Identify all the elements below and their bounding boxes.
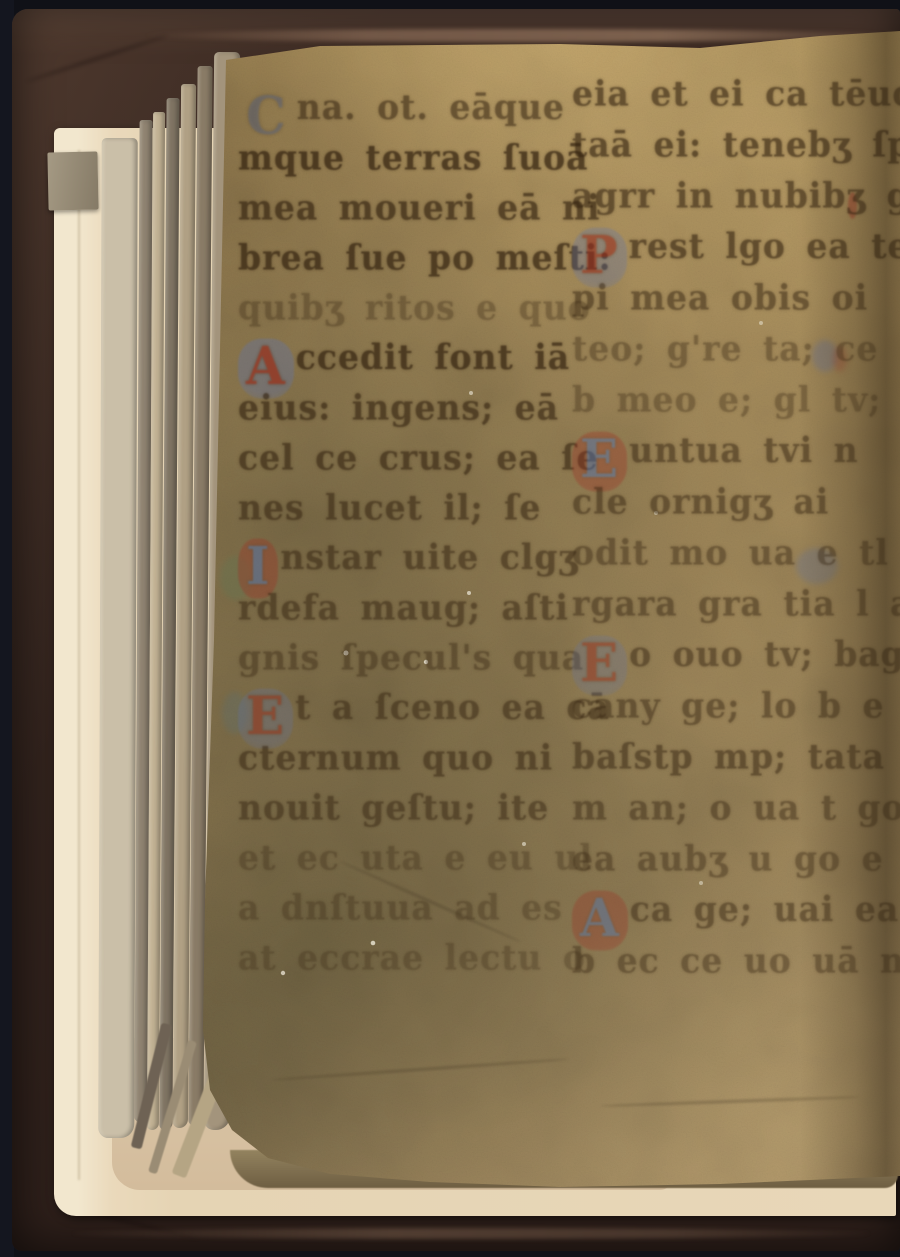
manuscript-text-line-left-7: eius: ingens; eā: [238, 387, 559, 428]
manuscript-text-line-left-8: cel ce crus; ea ſe: [238, 437, 598, 478]
leather-crease: [25, 34, 169, 83]
manuscript-text-line-left-9: nes lucet il; ſe: [238, 487, 541, 528]
vellum-tab: [47, 151, 98, 210]
manuscript-text-line-left-15: nouit geſtu; ite: [238, 787, 549, 828]
manuscript-text-line-left-16: et ec uta e eu ul: [238, 837, 593, 878]
flyleaf-crease: [78, 150, 80, 1180]
manuscript-text-line-left-2: mque terras ſuoā: [238, 137, 589, 178]
manuscript-text-line-left-18: at eccrae lectu o: [238, 937, 586, 978]
manuscript-text-line-left-5: quibʒ ritos e quo: [238, 287, 591, 328]
gutter-shadow: [800, 0, 900, 1257]
manuscript-text-line-left-14: cternum quo ni: [238, 737, 553, 778]
ink-speck-layer: [0, 0, 2, 2]
manuscript-text-line-right-9: cle ornigʒ ai: [572, 481, 829, 522]
manuscript-text-line-left-4: brea ſue po meſti:: [238, 237, 612, 278]
parchment-strip: [98, 138, 137, 1138]
manuscript-text-line-left-3: mea moueri eā ni: [238, 187, 601, 228]
manuscript-text-line-left-12: gnis ſpecul's qua: [238, 637, 584, 678]
manuscript-text-line-left-17: a dnſtuua ad es: [238, 887, 563, 928]
manuscript-text-line-left-11: rdefa maug; aſti: [238, 587, 569, 628]
manuscript-photograph: Cna. ot. eāquemque terras ſuoāmea moueri…: [0, 0, 900, 1257]
